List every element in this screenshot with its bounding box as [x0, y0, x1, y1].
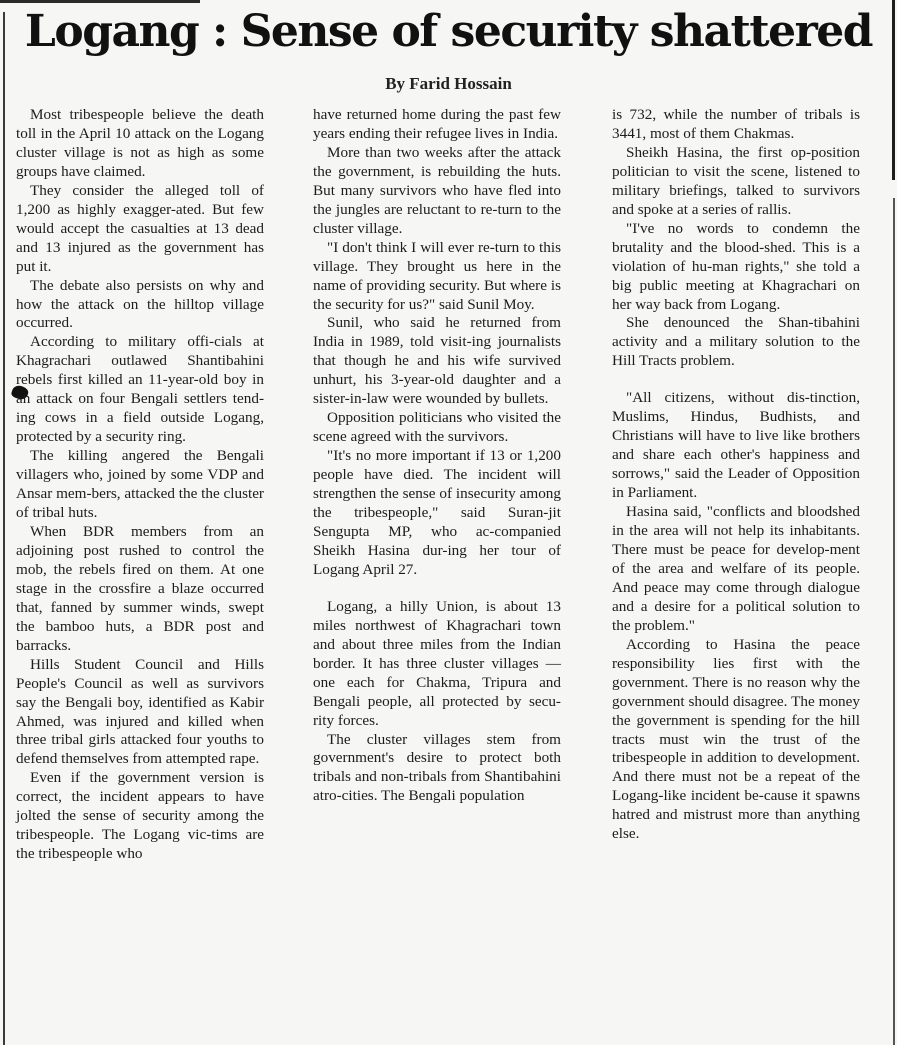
byline: By Farid Hossain [0, 74, 897, 94]
paragraph: More than two weeks after the attack the… [313, 144, 561, 239]
paragraph: Sunil, who said he returned from India i… [313, 314, 561, 409]
paragraph: They consider the alleged toll of 1,200 … [16, 182, 264, 277]
paragraph: Hasina said, "conflicts and bloodshed in… [612, 503, 860, 636]
paragraph: "I don't think I will ever re-turn to th… [313, 239, 561, 315]
paragraph: The killing angered the Bengali villager… [16, 447, 264, 523]
paragraph: "All citizens, without dis-tinction, Mus… [612, 389, 860, 503]
paragraph: is 732, while the number of tribals is 3… [612, 106, 860, 144]
paragraph: She denounced the Shan-tibahini activity… [612, 314, 860, 371]
left-border-rule [3, 12, 5, 1045]
paragraph: The cluster villages stem from governmen… [313, 731, 561, 807]
article-column-3: is 732, while the number of tribals is 3… [612, 106, 860, 844]
paragraph: Opposition politicians who visited the s… [313, 409, 561, 447]
paragraph: Hills Student Council and Hills People's… [16, 656, 264, 770]
paragraph: "It's no more important if 13 or 1,200 p… [313, 447, 561, 580]
paragraph: Even if the government version is correc… [16, 769, 264, 864]
paragraph: According to military offi-cials at Khag… [16, 333, 264, 447]
paragraph: Logang, a hilly Union, is about 13 miles… [313, 598, 561, 731]
paragraph: "I've no words to condemn the brutality … [612, 220, 860, 315]
paragraph: The debate also persists on why and how … [16, 277, 264, 334]
paragraph: When BDR members from an adjoining post … [16, 523, 264, 656]
paragraph: Sheikh Hasina, the first op-position pol… [612, 144, 860, 220]
right-border-rule-lower [893, 198, 895, 1045]
paragraph: have returned home during the past few y… [313, 106, 561, 144]
paragraph: According to Hasina the peace responsibi… [612, 636, 860, 844]
article-column-1: Most tribespeople believe the death toll… [16, 106, 264, 864]
clipping-top-edge [0, 0, 200, 3]
paragraph: Most tribespeople believe the death toll… [16, 106, 264, 182]
headline: Logang : Sense of security shattered [0, 6, 897, 58]
article-column-2: have returned home during the past few y… [313, 106, 561, 806]
